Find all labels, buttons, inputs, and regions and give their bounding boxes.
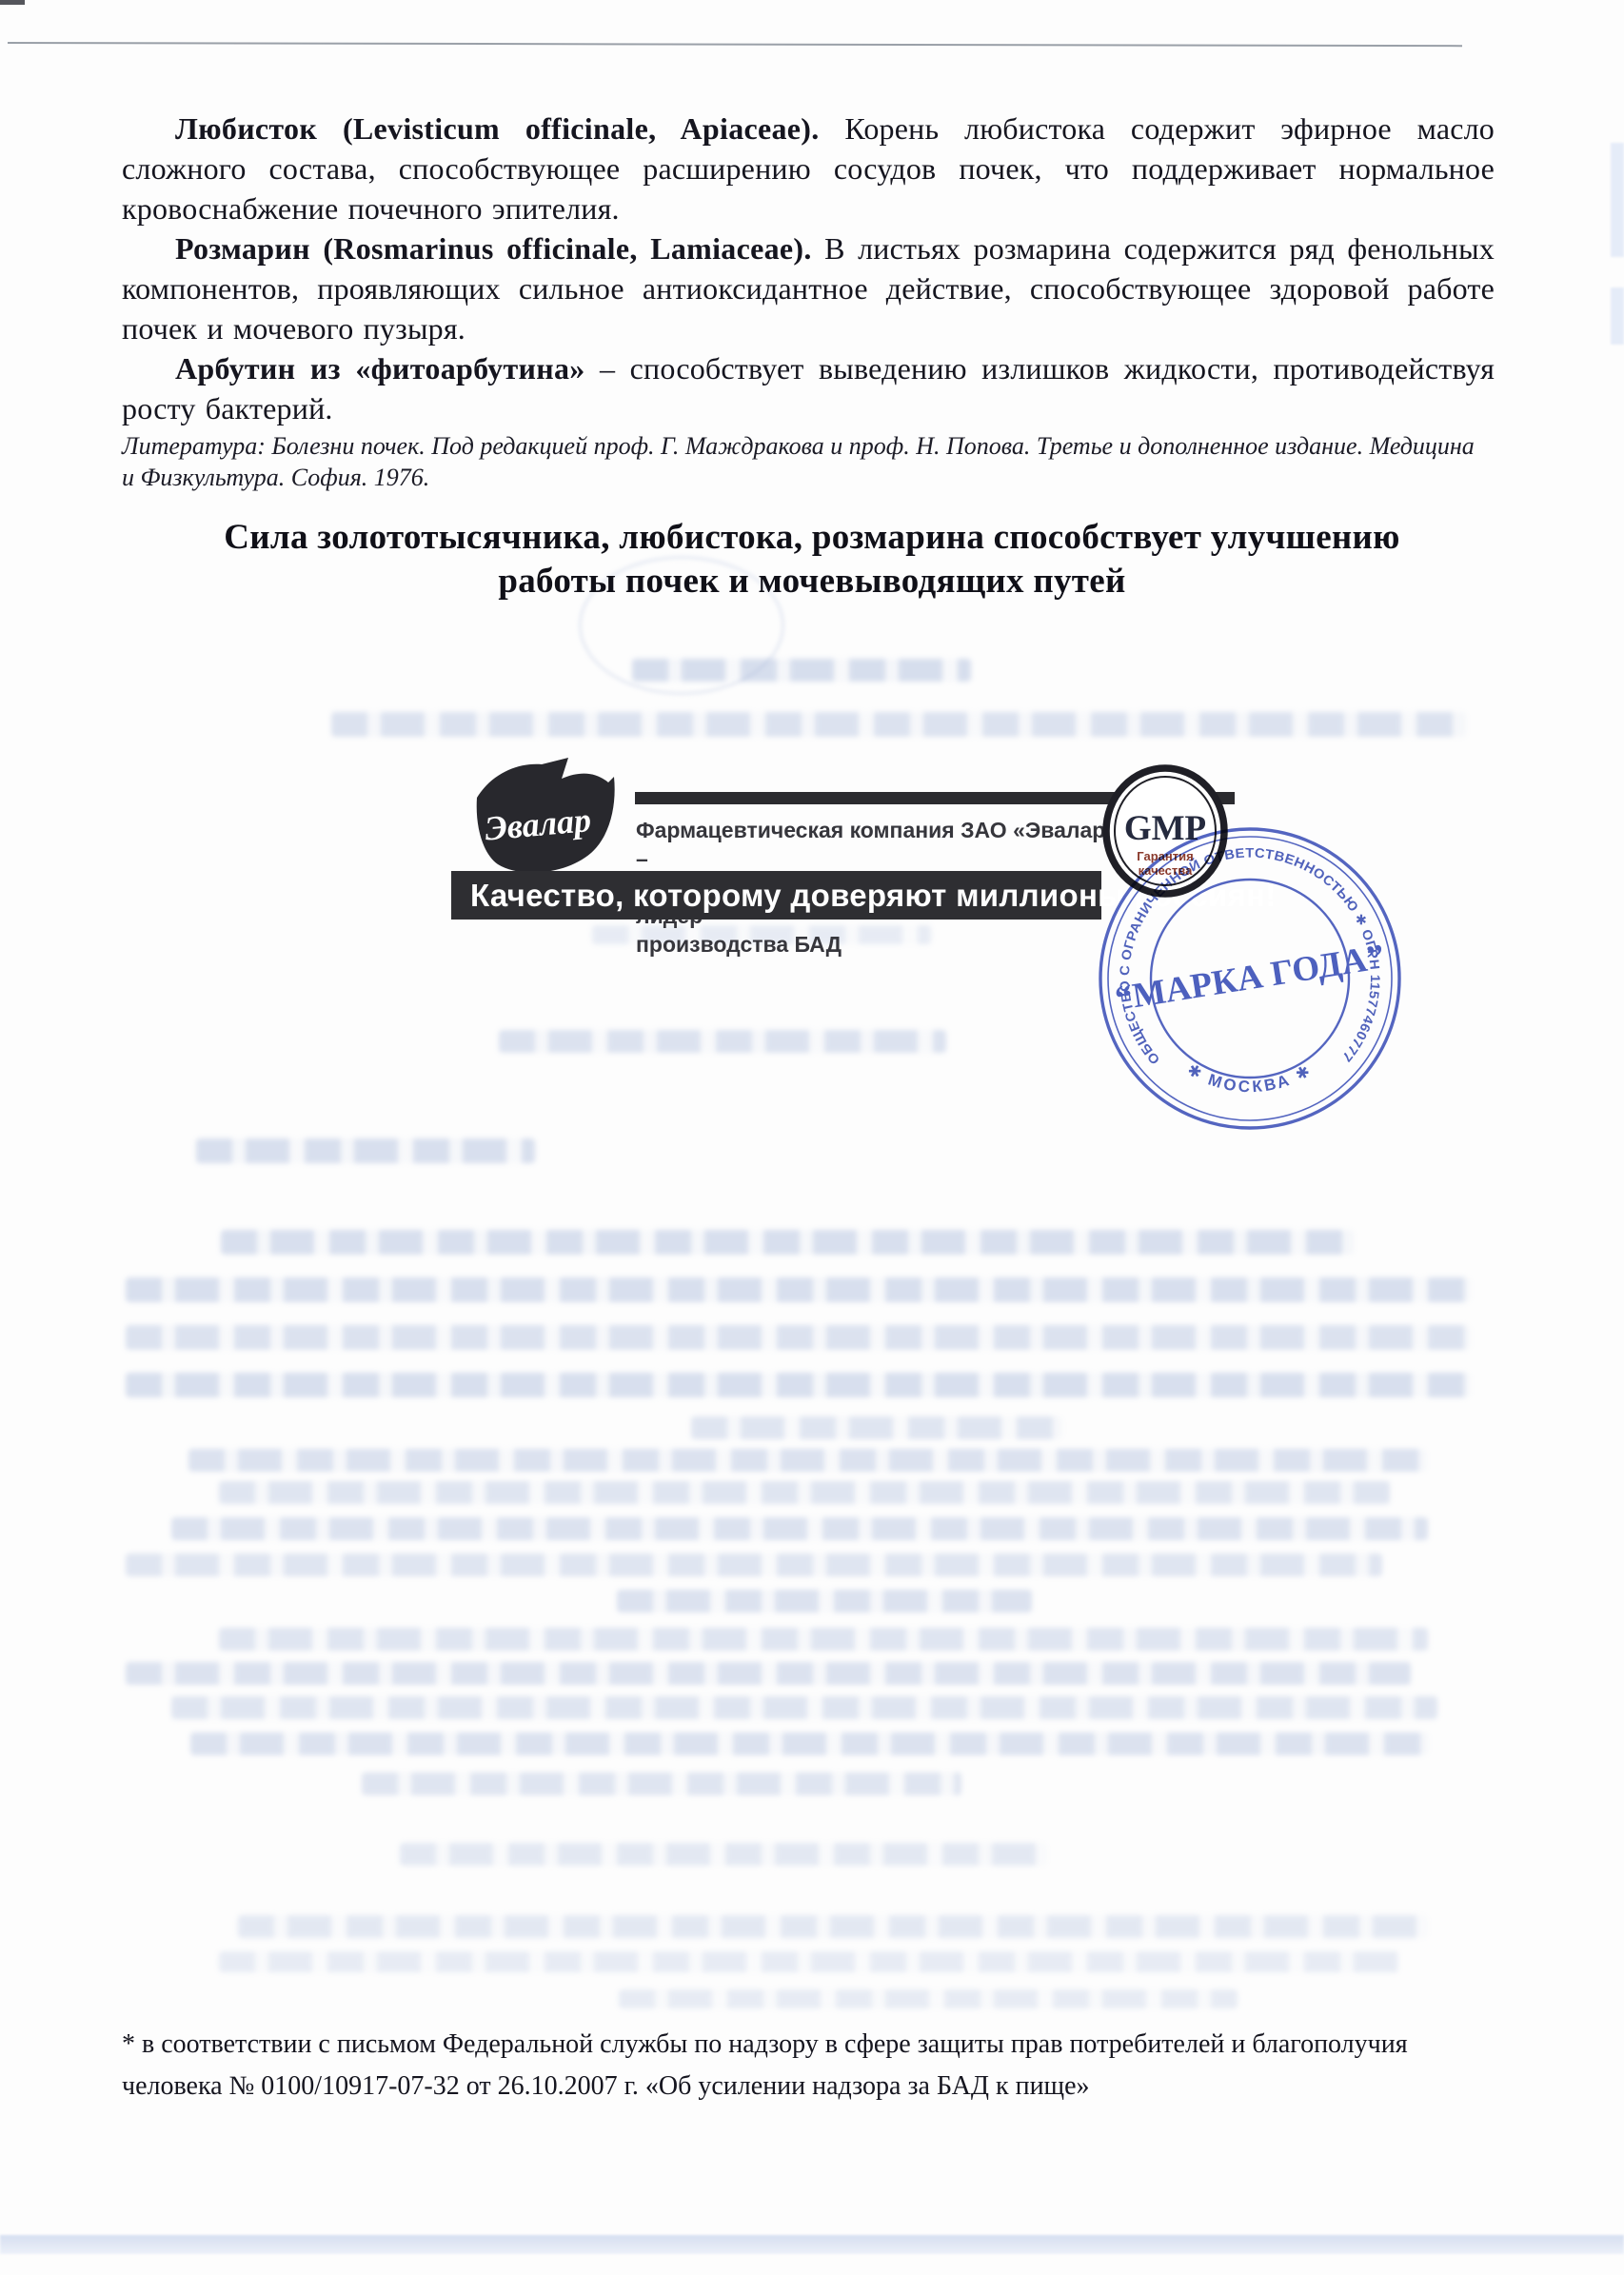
- literature-line: Литература: Болезни почек. Под редакцией…: [122, 430, 1512, 462]
- paragraph-arbutin: Арбутин из «фитоарбутина» – способствует…: [122, 348, 1495, 428]
- bleed-through-line: [126, 1662, 1411, 1685]
- paragraph-rosemary: Розмарин (Rosmarinus officinale, Lamiace…: [122, 228, 1495, 348]
- literature-note: Литература: Болезни почек. Под редакцией…: [122, 430, 1512, 493]
- year-mark-stamp: ОБЩЕСТВО С ОГРАНИЧЕННОЙ ОТВЕТСТВЕННОСТЬЮ…: [1088, 817, 1412, 1140]
- scan-right-edge-artifact: [1611, 287, 1624, 345]
- bleed-through-line: [617, 1590, 1032, 1612]
- bleed-through-line: [331, 712, 1466, 737]
- quality-banner: Качество, которому доверяют миллионы рос…: [451, 871, 1101, 920]
- evalar-logo-flag: Эвалар: [469, 756, 618, 883]
- scan-right-edge-artifact: [1611, 143, 1624, 257]
- bleed-through-line: [362, 1772, 961, 1795]
- bleed-through-line: [171, 1696, 1437, 1719]
- footnote-line: человека № 0100/10917-07-32 от 26.10.200…: [122, 2066, 1521, 2107]
- svg-text:ОБЩЕСТВО С ОГРАНИЧЕННОЙ ОТВЕТС: ОБЩЕСТВО С ОГРАНИЧЕННОЙ ОТВЕТСТВЕННОСТЬЮ…: [1088, 817, 1383, 1067]
- bleed-through-line: [219, 1628, 1428, 1651]
- stamp-ring-text: ОБЩЕСТВО С ОГРАНИЧЕННОЙ ОТВЕТСТВЕННОСТЬЮ…: [1088, 817, 1383, 1067]
- section-heading: Сила золототысячника, любистока, розмари…: [0, 516, 1624, 603]
- bleed-through-line: [219, 1481, 1390, 1504]
- bleed-through-line: [400, 1843, 1047, 1866]
- company-line: Фармацевтическая компания ЗАО «Эвалар» –: [636, 816, 1131, 873]
- main-paragraphs: Любисток (Levisticum officinale, Apiacea…: [122, 109, 1495, 428]
- bleed-through-line: [126, 1277, 1470, 1302]
- bleed-through-line: [196, 1138, 535, 1163]
- bleed-through-line: [190, 1732, 1428, 1755]
- bleed-through-line: [238, 1915, 1428, 1938]
- scan-corner-artifact: [0, 0, 25, 5]
- bleed-through-line: [126, 1553, 1382, 1576]
- bleed-through-line: [221, 1230, 1354, 1255]
- bleed-through-line: [126, 1325, 1470, 1350]
- bleed-through-line: [632, 659, 971, 682]
- scan-top-edge-line: [8, 42, 1462, 47]
- paragraph-lead: Любисток (Levisticum officinale, Apiacea…: [175, 111, 820, 146]
- heading-line: работы почек и мочевыводящих путей: [0, 560, 1624, 603]
- scanned-document-page: Любисток (Levisticum officinale, Apiacea…: [0, 0, 1624, 2275]
- footnote-line: * в соответствии с письмом Федеральной с…: [122, 2024, 1521, 2066]
- scan-bottom-edge-band: [0, 2235, 1624, 2254]
- paragraph-lead: Розмарин (Rosmarinus officinale, Lamiace…: [175, 231, 812, 266]
- paragraph-lovage: Любисток (Levisticum officinale, Apiacea…: [122, 109, 1495, 228]
- bleed-through-line: [219, 1951, 1399, 1972]
- heading-line: Сила золототысячника, любистока, розмари…: [0, 516, 1624, 560]
- footnote: * в соответствии с письмом Федеральной с…: [122, 2024, 1521, 2107]
- bleed-through-line: [499, 1030, 946, 1053]
- bleed-through-line: [619, 1989, 1238, 2008]
- bleed-through-line: [171, 1517, 1428, 1540]
- paragraph-lead: Арбутин из «фитоарбутина»: [175, 351, 585, 386]
- bleed-through-line: [691, 1416, 1062, 1439]
- bleed-through-line: [126, 1373, 1470, 1397]
- company-line: производства БАД: [636, 930, 1131, 959]
- bleed-through-line: [188, 1449, 1426, 1472]
- literature-line: и Физкультура. София. 1976.: [122, 462, 1512, 493]
